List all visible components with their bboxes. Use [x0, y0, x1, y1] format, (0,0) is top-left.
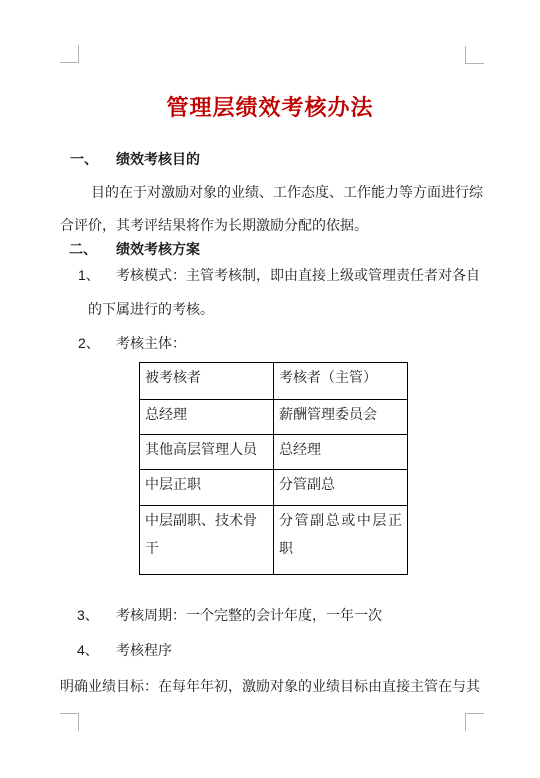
- document-page: 管理层绩效考核办法 一、 绩效考核目的 目的在于对激励对象的业绩、工作态度、工作…: [0, 0, 540, 778]
- table-cell: 其他高层管理人员: [140, 435, 274, 470]
- assessment-table: 被考核者 考核者（主管） 总经理 薪酬管理委员会 其他高层管理人员 总经理 中层…: [139, 362, 408, 575]
- item4-number: 4、: [77, 642, 99, 659]
- text-boundary-mark-bottom-right: [465, 713, 484, 731]
- section1-number: 一、: [70, 151, 98, 168]
- table-cell: 分管副总: [274, 470, 408, 506]
- item1-line2: 的下属进行的考核。: [88, 301, 214, 318]
- section1-paragraph-line1: 目的在于对激励对象的业绩、工作态度、工作能力等方面进行综: [91, 184, 483, 201]
- table-row: 其他高层管理人员 总经理: [140, 435, 408, 470]
- document-title: 管理层绩效考核办法: [0, 91, 540, 122]
- item3-number: 3、: [77, 607, 99, 624]
- item1-number: 1、: [78, 267, 100, 284]
- item2-line1: 考核主体：: [116, 335, 186, 352]
- table-row: 总经理 薪酬管理委员会: [140, 400, 408, 435]
- table-cell: 总经理: [274, 435, 408, 470]
- item1-line1: 考核模式：主管考核制，即由直接上级或管理责任者对各自: [116, 267, 480, 284]
- table-cell: 中层正职: [140, 470, 274, 506]
- section2-number: 二、: [69, 241, 97, 258]
- section1-heading: 绩效考核目的: [116, 151, 200, 168]
- closing-paragraph: 明确业绩目标：在每年年初，激励对象的业绩目标由直接主管在与其: [60, 678, 480, 695]
- table-row: 中层正职 分管副总: [140, 470, 408, 506]
- table-cell: 分管副总或中层正职: [274, 506, 408, 575]
- section1-paragraph-line2: 合评价，其考评结果将作为长期激励分配的依据。: [60, 217, 368, 234]
- table-header-cell-assessor: 考核者（主管）: [274, 363, 408, 400]
- text-boundary-mark-top-right: [465, 46, 484, 64]
- table-header-row: 被考核者 考核者（主管）: [140, 363, 408, 400]
- text-boundary-mark-bottom-left: [60, 713, 79, 731]
- text-boundary-mark-top-left: [60, 45, 79, 63]
- item4-line1: 考核程序: [116, 642, 172, 659]
- table-row: 中层副职、技术骨干 分管副总或中层正职: [140, 506, 408, 575]
- table-header-cell-assessee: 被考核者: [140, 363, 274, 400]
- table-cell: 总经理: [140, 400, 274, 435]
- section2-heading: 绩效考核方案: [116, 241, 200, 258]
- table-cell: 薪酬管理委员会: [274, 400, 408, 435]
- table-cell: 中层副职、技术骨干: [140, 506, 274, 575]
- item2-number: 2、: [78, 335, 100, 352]
- item3-line1: 考核周期：一个完整的会计年度，一年一次: [116, 607, 382, 624]
